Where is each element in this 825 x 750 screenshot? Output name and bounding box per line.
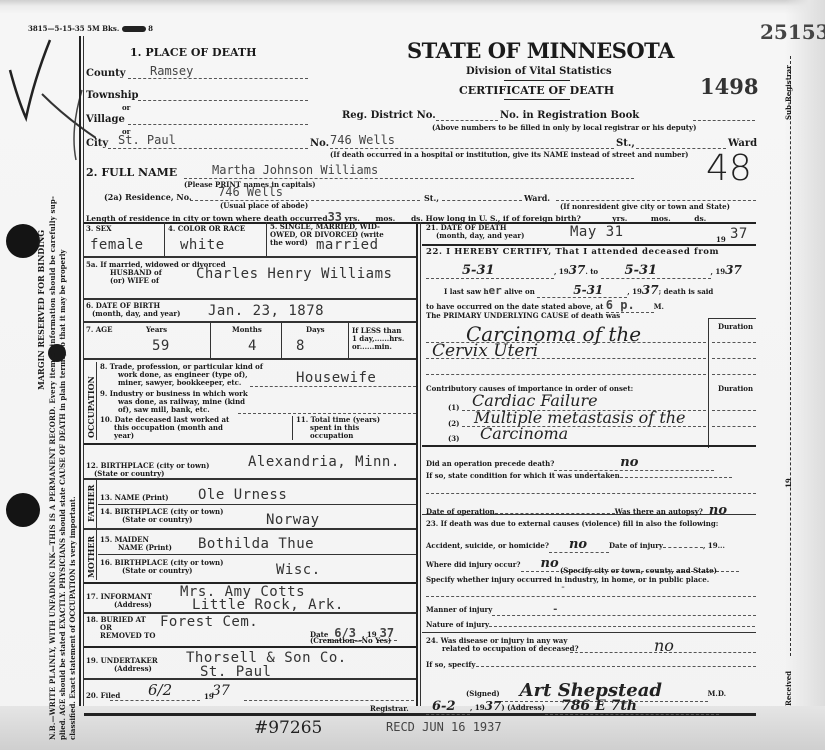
undertaker-label: 19. UNDERTAKER (Address): [86, 657, 158, 673]
village-label: Village: [86, 114, 125, 125]
age-less-label: If LESS than 1 day,......hrs. or......mi…: [352, 327, 404, 351]
grid-line: [96, 480, 97, 528]
registrar-line: [244, 700, 414, 701]
last-saw-row: I last saw her alive on 5-31, 1937; deat…: [444, 283, 756, 298]
residence-ward-label: Ward.: [524, 193, 550, 203]
division-title: Division of Vital Statistics: [466, 66, 612, 77]
street-value: 746 Wells: [330, 133, 395, 147]
nature-row: Nature of injury: [426, 620, 756, 629]
right-registrar-line: [790, 56, 791, 656]
mother-maiden-value: Bothilda Thue: [198, 536, 314, 552]
mother-maiden-label: 15. MAIDEN NAME (Print): [100, 536, 172, 552]
grid-line: [84, 358, 416, 360]
mother-birthplace-value: Wisc.: [276, 562, 321, 578]
reg-book-label: No. in Registration Book: [500, 110, 639, 121]
city-line: [108, 148, 308, 149]
industry-label: 9. Industry or business in which work wa…: [100, 390, 248, 414]
industry-line: [238, 413, 416, 414]
age-days-label: Days: [306, 325, 325, 334]
center-divider: [416, 222, 418, 706]
age-label: 7. AGE: [86, 325, 113, 334]
filed-label: 20. Filed: [86, 691, 120, 700]
spouse-label-sub: HUSBAND of (or) WIFE of: [110, 269, 162, 285]
occupation-side-label: OCCUPATION: [86, 376, 96, 438]
left-border-inner: [83, 36, 84, 706]
left-border: [79, 36, 81, 706]
manner-row: Manner of injury-: [426, 604, 756, 616]
last-worked-label: 10. Date deceased last worked at this oc…: [100, 416, 229, 440]
operation-row: Did an operation precede death?no: [426, 455, 756, 471]
external-causes-label: 23. If death was due to external causes …: [426, 519, 718, 528]
burial-label: 18. BURIED AT OR REMOVED TO: [86, 616, 155, 640]
or-label: or: [122, 103, 130, 112]
primary-cause-label: The PRIMARY UNDERLYING CAUSE of death wa…: [426, 311, 620, 320]
place-of-death-title: 1. PLACE OF DEATH: [130, 46, 256, 59]
accident-row: Accident, suicide, or homicide?noDate of…: [426, 537, 756, 553]
cremation-note: (Cremation—No Yes): [310, 636, 391, 645]
specify-row: If so, specify: [426, 660, 756, 669]
grid-line: [84, 443, 416, 445]
contributory-3-num: (3): [448, 434, 460, 443]
county-label: County: [86, 68, 126, 79]
reg-district-line: [436, 120, 498, 121]
filed-year-value: 37: [212, 683, 230, 699]
certify-label: 22. I HEREBY CERTIFY, That I attended de…: [426, 247, 719, 257]
informant-label: 17. INFORMANT (Address): [86, 593, 152, 609]
sex-value: female: [90, 237, 144, 253]
age-months-label: Months: [232, 325, 262, 334]
father-name-value: Ole Urness: [198, 487, 287, 503]
reg-note: (Above numbers to be filled in only by l…: [432, 123, 696, 132]
title-rule: [504, 80, 570, 81]
township-line: [138, 100, 308, 101]
injury-specify-value: -: [560, 582, 566, 593]
grid-line: [96, 530, 97, 580]
grid-line: [84, 298, 416, 300]
injury-specify-line: [426, 596, 756, 597]
age-years-label: Years: [146, 325, 167, 334]
death-date-value: May 31: [570, 224, 624, 240]
filed-line: [110, 700, 200, 701]
grid-line: [84, 646, 416, 648]
margin-instructions-line1: N.B.—WRITE PLAINLY, WITH UNFADING INK—TH…: [48, 196, 57, 740]
sex-label: 3. SEX: [86, 224, 112, 233]
death-year-prefix: 19: [716, 235, 726, 244]
cause-line-3: [426, 374, 706, 375]
sub-registrar-label: Sub-Registrar: [784, 65, 793, 120]
grid-line: [292, 416, 293, 440]
birthplace-label: 12. BIRTHPLACE (city or town) (State or …: [86, 462, 209, 478]
death-year-value: 37: [730, 226, 748, 242]
duration-divider: [708, 318, 709, 448]
injury-where-note: (Specify city or town, county, and State…: [560, 566, 717, 575]
full-name-value: Martha Johnson Williams: [212, 163, 378, 177]
contributory-2-num: (2): [448, 419, 460, 428]
residence-st-label: St.,: [424, 193, 439, 203]
trade-value: Housewife: [296, 370, 376, 386]
age-years-value: 59: [152, 338, 170, 354]
mother-side-label: MOTHER: [86, 536, 96, 578]
hospital-note: (If death occurred in a hospital or inst…: [330, 150, 688, 159]
center-divider-inner: [420, 222, 421, 706]
full-name-label: 2. FULL NAME: [86, 166, 177, 179]
dob-label: 6. DATE OF BIRTH (month, day, and year): [86, 302, 180, 318]
county-line: [128, 78, 308, 79]
village-line: [128, 124, 308, 125]
injury-specify-label: Specify whether injury occurred in indus…: [426, 575, 709, 584]
reg-district-label: Reg. District No.: [342, 110, 436, 121]
duration-line-2: [712, 358, 756, 359]
grid-line: [422, 632, 756, 633]
punch-hole: [6, 493, 40, 527]
filed-date-value: 6/2: [148, 681, 172, 699]
right-year-label: 19: [784, 478, 793, 488]
grid-line: [281, 322, 282, 358]
full-name-line: [184, 178, 634, 179]
grid-line: [84, 678, 416, 680]
grid-line: [422, 445, 756, 447]
state-title: STATE OF MINNESOTA: [407, 38, 674, 63]
county-value: Ramsey: [150, 64, 193, 78]
death-date-label: 21. DATE OF DEATH (month, day, and year): [426, 224, 524, 240]
title-rule: [504, 99, 570, 100]
age-months-value: 4: [248, 338, 257, 354]
occupation-related-label: 24. Was disease or injury in any way rel…: [426, 637, 579, 653]
punch-hole: [6, 224, 40, 258]
margin-instructions-line2: plied. AGE should be stated EXACTLY. PHY…: [58, 250, 67, 740]
father-side-label: FATHER: [86, 485, 96, 522]
city-value: St. Paul: [118, 133, 176, 147]
received-stamp: RECD JUN 16 1937: [386, 720, 502, 734]
grid-line: [422, 514, 756, 515]
street-no-label: No.: [310, 138, 329, 149]
street-st-label: St.,: [616, 138, 635, 149]
township-label: Township: [86, 90, 139, 101]
race-label: 4. COLOR OR RACE: [168, 224, 245, 233]
grid-line: [84, 256, 416, 258]
abode-note: (Usual place of abode): [220, 201, 308, 210]
received-label: Received: [784, 671, 793, 706]
duration-label: Duration: [718, 322, 753, 331]
grid-line: [84, 478, 416, 480]
father-name-label: 13. NAME (Print): [100, 493, 169, 502]
grid-line: [266, 222, 267, 256]
contributory-duration-1: [712, 410, 756, 411]
operation-condition-row: If so, state condition for which it was …: [426, 471, 732, 480]
signed-date-row: 6-2, 1937) (Address)786 E 7th: [426, 698, 756, 715]
city-label: City: [86, 138, 108, 149]
grid-line: [348, 322, 349, 358]
father-birthplace-label: 14. BIRTHPLACE (city or town) (State or …: [100, 508, 223, 524]
grid-line: [96, 362, 97, 440]
nonresident-line: [556, 200, 756, 201]
residence-ward-line: [442, 200, 522, 201]
grid-line: [98, 554, 416, 555]
occupation-related-value: no: [654, 636, 674, 655]
contributory-duration-label: Duration: [718, 384, 753, 393]
handwritten-number-48: 48: [706, 148, 752, 189]
duration-line-1: [712, 342, 756, 343]
grid-line: [422, 244, 756, 246]
grid-line: [84, 528, 416, 530]
print-code: 3815—5-15-35 5M Bks. 8: [28, 24, 153, 33]
street-line: [330, 148, 614, 149]
contributory-3-value: Carcinoma: [480, 424, 568, 443]
operation-date-row: Date of operationWas there an autopsy?no: [426, 503, 756, 518]
dob-value: Jan. 23, 1878: [208, 303, 324, 319]
margin-binding-note: MARGIN RESERVED FOR BINDING: [36, 230, 46, 390]
spouse-value: Charles Henry Williams: [196, 266, 392, 282]
race-value: white: [180, 237, 225, 253]
residence-value: 746 Wells: [218, 185, 283, 199]
grid-line: [84, 321, 416, 323]
reg-book-line: [693, 120, 755, 121]
burial-place-value: Forest Cem.: [160, 614, 258, 630]
certificate-number: 25153: [760, 20, 825, 44]
marital-value: married: [316, 237, 379, 253]
contributory-1-num: (1): [448, 403, 460, 412]
margin-instructions-line3: classified. Exact statement of OCCUPATIO…: [68, 496, 77, 740]
registration-number: 1498: [700, 74, 758, 99]
birthplace-value: Alexandria, Minn.: [248, 454, 400, 470]
grid-line: [708, 318, 756, 319]
contributory-duration-2: [712, 426, 756, 427]
duration-line-3: [712, 374, 756, 375]
attended-row: 5-31, 1937. to 5-31, 1937: [426, 263, 756, 279]
grid-line: [164, 222, 165, 256]
grid-line: [98, 504, 416, 505]
mother-birthplace-label: 16. BIRTHPLACE (city or town) (State or …: [100, 559, 223, 575]
trade-label: 8. Trade, profession, or particular kind…: [100, 363, 263, 387]
residence-label: (2a) Residence, No.: [104, 192, 192, 202]
age-days-value: 8: [296, 338, 305, 354]
father-birthplace-value: Norway: [266, 512, 320, 528]
primary-cause-line2: Cervix Uteri: [432, 341, 538, 361]
total-time-label: 11. Total time (years) spent in this occ…: [296, 416, 380, 440]
informant-address-value: Little Rock, Ark.: [192, 597, 344, 613]
grid-line: [210, 322, 211, 358]
document-title: CERTIFICATE OF DEATH: [459, 84, 614, 97]
operation-condition-line: [426, 493, 756, 494]
trade-line: [250, 386, 416, 387]
footer-handwritten-number: #97265: [254, 718, 322, 738]
registrar-label: Registrar.: [370, 704, 409, 713]
